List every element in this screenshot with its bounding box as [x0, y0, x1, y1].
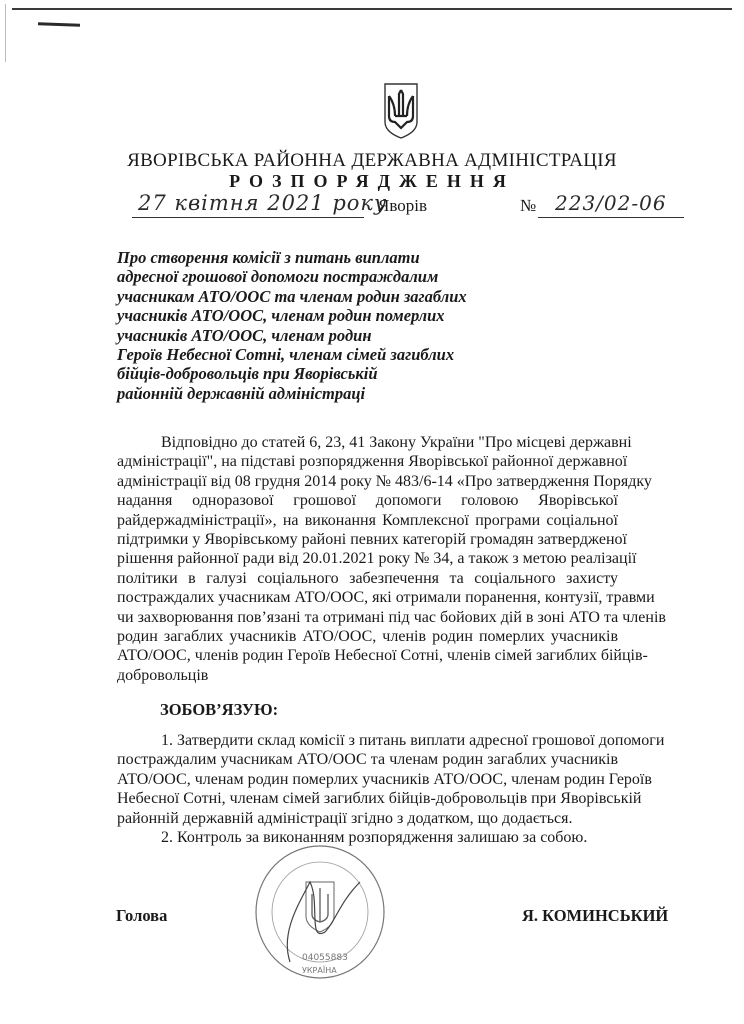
organization-name: ЯВОРІВСЬКА РАЙОННА ДЕРЖАВНА АДМІНІСТРАЦІ…	[0, 150, 744, 172]
preamble-paragraph: Відповідно до статей 6, 23, 41 Закону Ук…	[117, 433, 618, 685]
document-number: 223/02-06	[555, 191, 667, 215]
signature-scribble	[287, 882, 360, 962]
preamble-line: Відповідно до статей 6, 23, 41 Закону Ук…	[117, 433, 618, 452]
subject-block: Про створення комісії з питань виплати а…	[117, 248, 537, 403]
preamble-line: надання одноразової грошової допомоги го…	[117, 491, 618, 510]
document-type: РОЗПОРЯДЖЕННЯ	[0, 171, 744, 192]
preamble-line: райдержадміністрації», на виконання Комп…	[117, 511, 618, 530]
signatory-name: Я. КОМИНСЬКИЙ	[522, 906, 668, 926]
preamble-line: постраждалих учасникам АТО/ООС, які отри…	[117, 588, 618, 607]
official-stamp-icon: 04055883 УКРАЇНА	[250, 842, 390, 982]
subject-line: учасників АТО/ООС, членам родин	[117, 326, 537, 345]
item-1-line: постраждалим учасникам АТО/ООС та членам…	[117, 750, 618, 769]
trident-emblem-icon	[383, 82, 419, 140]
item-1-line: Небесної Сотні, членам сімей загиблих бі…	[117, 789, 618, 808]
preamble-line: рішення районної ради від 20.01.2021 рок…	[117, 549, 618, 568]
document-date: 27 квітня 2021 року	[138, 191, 387, 215]
obligate-heading: ЗОБОВ’ЯЗУЮ:	[160, 700, 278, 720]
preamble-line: підтримки у Яворівському районі певних к…	[117, 530, 618, 549]
handwritten-dash-mark	[38, 22, 80, 26]
signatory-title: Голова	[116, 906, 167, 926]
number-sign: №	[520, 196, 536, 216]
item-1-line: районній державній адміністрації згідно …	[117, 809, 618, 828]
svg-text:УКРАЇНА: УКРАЇНА	[302, 965, 337, 975]
preamble-line: адміністрації", на підставі розпорядженн…	[117, 452, 618, 471]
preamble-line: добровольців	[117, 666, 618, 685]
preamble-line: АТО/ООС, членів родин Героїв Небесної Со…	[117, 646, 618, 665]
preamble-line: родин загаблих учасників АТО/ООС, членів…	[117, 627, 618, 646]
scan-edge-left	[5, 4, 6, 62]
subject-line: районній державній адміністраці	[117, 384, 537, 403]
svg-text:04055883: 04055883	[302, 953, 348, 963]
subject-line: Про створення комісії з питань виплати	[117, 248, 537, 267]
subject-line: учасників АТО/ООС, членам родин померлих	[117, 306, 537, 325]
preamble-line: політики в галузі соціального забезпечен…	[117, 569, 618, 588]
city: Яворів	[378, 196, 427, 216]
subject-line: учасникам АТО/ООС та членам родин загабл…	[117, 287, 537, 306]
order-items: 1. Затвердити склад комісії з питань вип…	[117, 731, 618, 847]
preamble-line: чи захворювання пов’язані та отримані пі…	[117, 608, 618, 627]
subject-line: Героїв Небесної Сотні, членам сімей заги…	[117, 345, 537, 364]
preamble-line: адміністрації від 08 грудня 2014 року № …	[117, 472, 618, 491]
subject-line: адресної грошової допомоги постраждалим	[117, 267, 537, 286]
item-1-line: АТО/ООС, членам родин померлих учасників…	[117, 770, 618, 789]
subject-line: бійців-добровольців при Яворівській	[117, 364, 537, 383]
scan-edge-top	[12, 8, 732, 10]
item-1-line: 1. Затвердити склад комісії з питань вип…	[117, 731, 618, 750]
